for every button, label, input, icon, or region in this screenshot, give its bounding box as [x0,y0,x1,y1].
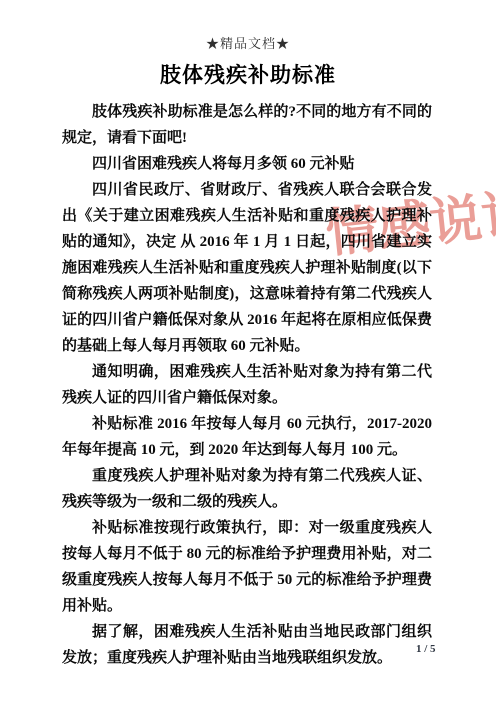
paragraph-intro: 肢体残疾补助标准是怎么样的?不同的地方有不同的规定，请看下面吧! [62,99,432,151]
paragraph-nursing-subsidy-standard: 补贴标准按现行政策执行，即：对一级重度残疾人按每人每月不低于 80 元的标准给予… [62,515,432,619]
document-title: 肢体残疾补助标准 [0,59,496,89]
document-header-label: ★精品文档★ [0,33,496,52]
document-body: 肢体残疾补助标准是怎么样的?不同的地方有不同的规定，请看下面吧! 四川省困难残疾… [62,99,432,671]
page-number: 1 / 5 [416,643,436,655]
paragraph-subsidy-standard: 补贴标准 2016 年按每人每月 60 元执行，2017-2020 年每年提高 … [62,411,432,463]
document-page: 情感说说 ★精品文档★ 肢体残疾补助标准 肢体残疾补助标准是怎么样的?不同的地方… [0,0,496,702]
paragraph-living-subsidy-target: 通知明确，困难残疾人生活补贴对象为持有第二代残疾人证的四川省户籍低保对象。 [62,359,432,411]
paragraph-nursing-subsidy-target: 重度残疾人护理补贴对象为持有第二代残疾人证、残疾等级为一级和二级的残疾人。 [62,463,432,515]
paragraph-distribution: 据了解，困难残疾人生活补贴由当地民政部门组织发放；重度残疾人护理补贴由当地残联组… [62,619,432,671]
paragraph-subheading: 四川省困难残疾人将每月多领 60 元补贴 [62,151,432,177]
paragraph-notice: 四川省民政厅、省财政厅、省残疾人联合会联合发出《关于建立困难残疾人生活补贴和重度… [62,177,432,359]
